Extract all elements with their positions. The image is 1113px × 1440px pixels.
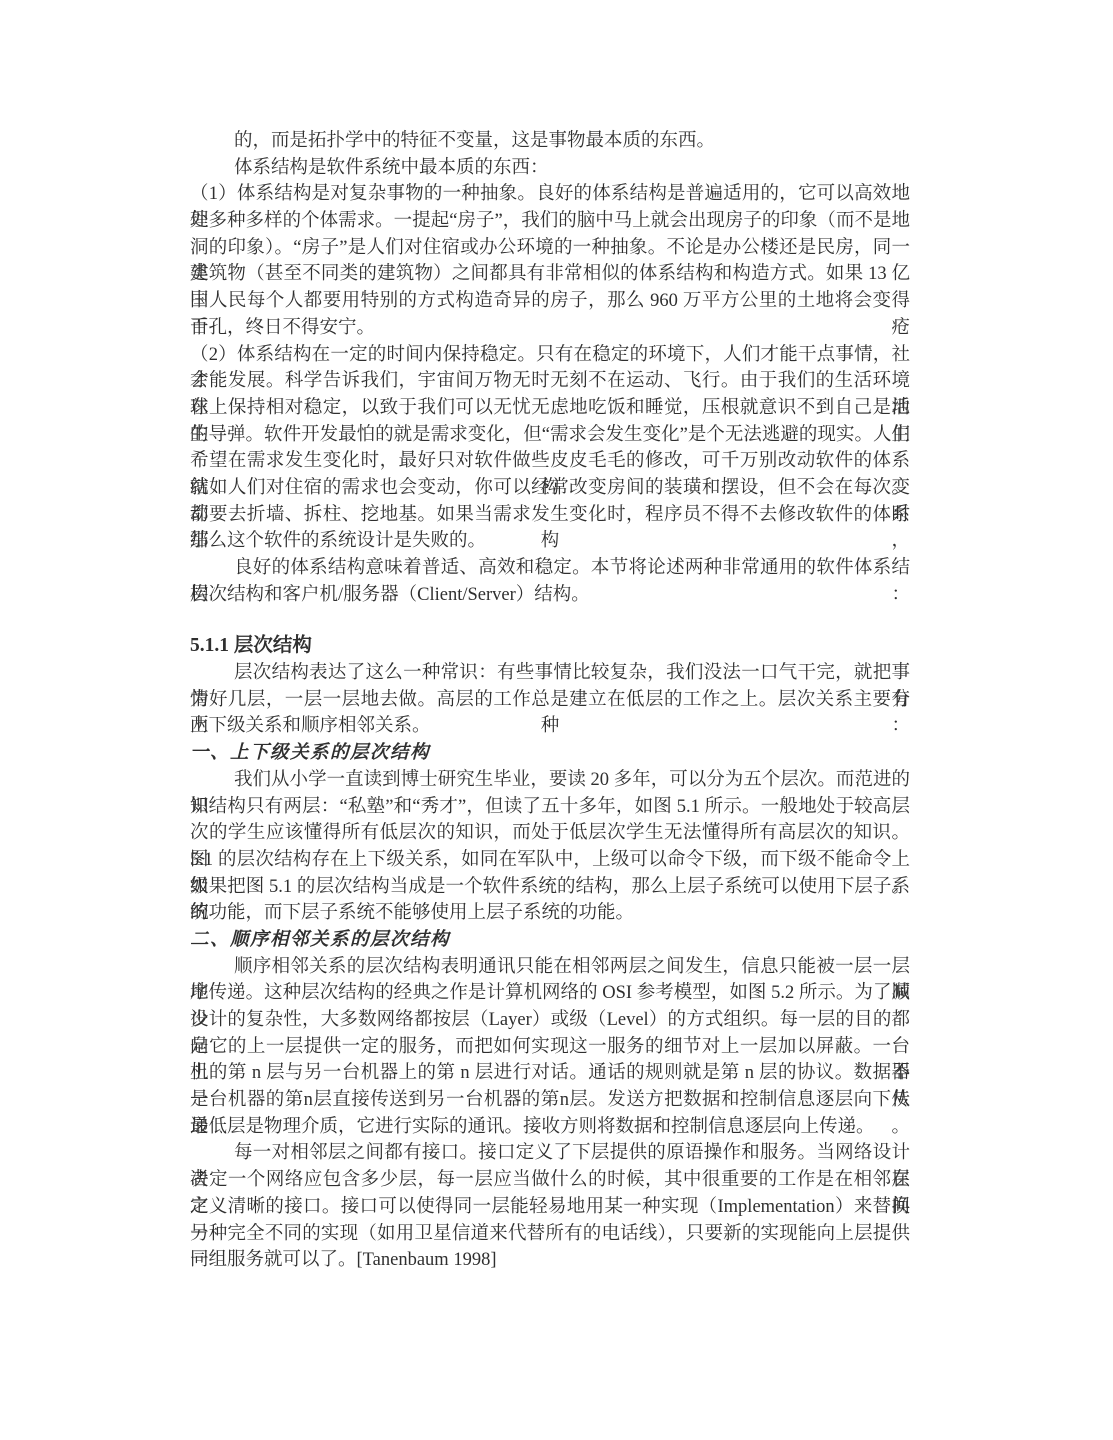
text-line: 一、上下级关系的层次结构 <box>190 740 910 767</box>
page-text-content: 的，而是拓扑学中的特征不变量，这是事物最本质的东西。体系结构是软件系统中最本质的… <box>190 128 910 1274</box>
text-line: 如果把图 5.1 的层次结构当成是一个软件系统的结构，那么上层子系统可以使用下层… <box>190 874 910 901</box>
text-line: 都要去折墙、拆柱、挖地基。如果当需求发生变化时，程序员不得不去修改软件的体系结构… <box>190 502 910 529</box>
text-line: 二、顺序相邻关系的层次结构 <box>190 927 910 954</box>
text-line: 建筑物（甚至不同类的建筑物）之间都具有非常相似的体系结构和构造方式。如果 13 … <box>190 261 910 288</box>
text-line: 序传递。这种层次结构的经典之作是计算机网络的 OSI 参考模型，如图 5.2 所… <box>190 980 910 1007</box>
sub-heading: 二、顺序相邻关系的层次结构 <box>190 927 910 954</box>
paragraph: 顺序相邻关系的层次结构表明通讯只能在相邻两层之间发生，信息只能被一层一层地顺序传… <box>190 954 910 1141</box>
paragraph: 我们从小学一直读到博士研究生毕业，要读 20 多年，可以分为五个层次。而范进的知… <box>190 767 910 927</box>
text-line: 理多种多样的个体需求。一提起“房子”，我们的脑中马上就会出现房子的印象（而不是地 <box>190 208 910 235</box>
text-line: 为好几层，一层一层地去做。高层的工作总是建立在低层的工作之上。层次关系主要有两种… <box>190 687 910 714</box>
text-line: 决定一个网络应包含多少层，每一层应当做什么的时候，其中很重要的工作是在相邻层之间 <box>190 1167 910 1194</box>
text-line: 顺序相邻关系的层次结构表明通讯只能在相邻两层之间发生，信息只能被一层一层地顺 <box>190 954 910 981</box>
paragraph: 良好的体系结构意味着普适、高效和稳定。本节将论述两种非常通用的软件体系结构：层次… <box>190 555 910 608</box>
section-heading: 5.1.1 层次结构 <box>190 633 910 660</box>
text-line: 就如人们对住宿的需求也会变动，你可以经常改变房间的装璜和摆设，但不会在每次变动时 <box>190 475 910 502</box>
text-line: 才能发展。科学告诉我们，宇宙间万物无时无刻不在运动、飞行。由于我们的生活环境在地 <box>190 368 910 395</box>
text-line: （2）体系结构在一定的时间内保持稳定。只有在稳定的环境下，人们才能干点事情，社会 <box>190 342 910 369</box>
sub-heading: 一、上下级关系的层次结构 <box>190 740 910 767</box>
text-line: 洞的印象）。“房子”是人们对住宿或办公环境的一种抽象。不论是办公楼还是民房，同一… <box>190 235 910 262</box>
text-line: 次的学生应该懂得所有低层次的知识，而处于低层次学生无法懂得所有高层次的知识。图 <box>190 820 910 847</box>
paragraph: （1）体系结构是对复杂事物的一种抽象。良好的体系结构是普遍适用的，它可以高效地处… <box>190 181 910 341</box>
text-line: 向它的上一层提供一定的服务，而把如何实现这一服务的细节对上一层加以屏蔽。一台机器 <box>190 1034 910 1061</box>
paragraph: 层次结构表达了这么一种常识：有些事情比较复杂，我们没法一口气干完，就把事情分为好… <box>190 660 910 740</box>
text-line: 的功能，而下层子系统不能够使用上层子系统的功能。 <box>190 900 910 927</box>
text-line: 的，而是拓扑学中的特征不变量，这是事物最本质的东西。 <box>190 128 910 155</box>
text-line: 国人民每个人都要用特别的方式构造奇异的房子，那么 960 万平方公里的土地将会变… <box>190 288 910 315</box>
document-page: 的，而是拓扑学中的特征不变量，这是事物最本质的东西。体系结构是软件系统中最本质的… <box>0 0 1113 1440</box>
text-line: 设计的复杂性，大多数网络都按层（Layer）或级（Level）的方式组织。每一层… <box>190 1007 910 1034</box>
paragraph: （2）体系结构在一定的时间内保持稳定。只有在稳定的环境下，人们才能干点事情，社会… <box>190 342 910 556</box>
text-line: 良好的体系结构意味着普适、高效和稳定。本节将论述两种非常通用的软件体系结构： <box>190 555 910 582</box>
text-line: （1）体系结构是对复杂事物的一种抽象。良好的体系结构是普遍适用的，它可以高效地处 <box>190 181 910 208</box>
text-line: 层次结构表达了这么一种常识：有些事情比较复杂，我们没法一口气干完，就把事情分 <box>190 660 910 687</box>
text-line: 的导弹。软件开发最怕的就是需求变化，但“需求会发生变化”是个无法逃避的现实。人们 <box>190 422 910 449</box>
text-line: 一种完全不同的实现（如用卫星信道来代替所有的电话线），只要新的实现能向上层提供同 <box>190 1221 910 1248</box>
text-line: 最低层是物理介质，它进行实际的通讯。接收方则将数据和控制信息逐层向上传递。 <box>190 1114 910 1141</box>
text-line: 识结构只有两层：“私塾”和“秀才”，但读了五十多年，如图 5.1 所示。一般地处… <box>190 794 910 821</box>
text-line: 定义清晰的接口。接口可以使得同一层能轻易地用某一种实现（Implementati… <box>190 1194 910 1221</box>
text-line: 一台机器的第n层直接传送到另一台机器的第n层。发送方把数据和控制信息逐层向下传递… <box>190 1087 910 1114</box>
text-line: 上的第 n 层与另一台机器上的第 n 层进行对话。通话的规则就是第 n 层的协议… <box>190 1060 910 1087</box>
paragraph: 的，而是拓扑学中的特征不变量，这是事物最本质的东西。 <box>190 128 910 155</box>
text-line: 希望在需求发生变化时，最好只对软件做些皮皮毛毛的修改，可千万别改动软件的体系结构… <box>190 448 910 475</box>
text-line: 我们从小学一直读到博士研究生毕业，要读 20 多年，可以分为五个层次。而范进的知 <box>190 767 910 794</box>
paragraph: 体系结构是软件系统中最本质的东西： <box>190 155 910 182</box>
text-line: 5.1.1 层次结构 <box>190 633 910 660</box>
paragraph: 每一对相邻层之间都有接口。接口定义了下层提供的原语操作和服务。当网络设计者在决定… <box>190 1140 910 1273</box>
text-line: 体系结构是软件系统中最本质的东西： <box>190 155 910 182</box>
text-line: 一组服务就可以了。[Tanenbaum 1998] <box>190 1247 910 1274</box>
text-line: 5.1 的层次结构存在上下级关系，如同在军队中，上级可以命令下级，而下级不能命令… <box>190 847 910 874</box>
text-line: 球上保持相对稳定，以致于我们可以无忧无虑地吃饭和睡觉，压根就意识不到自己是活生生 <box>190 395 910 422</box>
text-line: 每一对相邻层之间都有接口。接口定义了下层提供的原语操作和服务。当网络设计者在 <box>190 1140 910 1167</box>
